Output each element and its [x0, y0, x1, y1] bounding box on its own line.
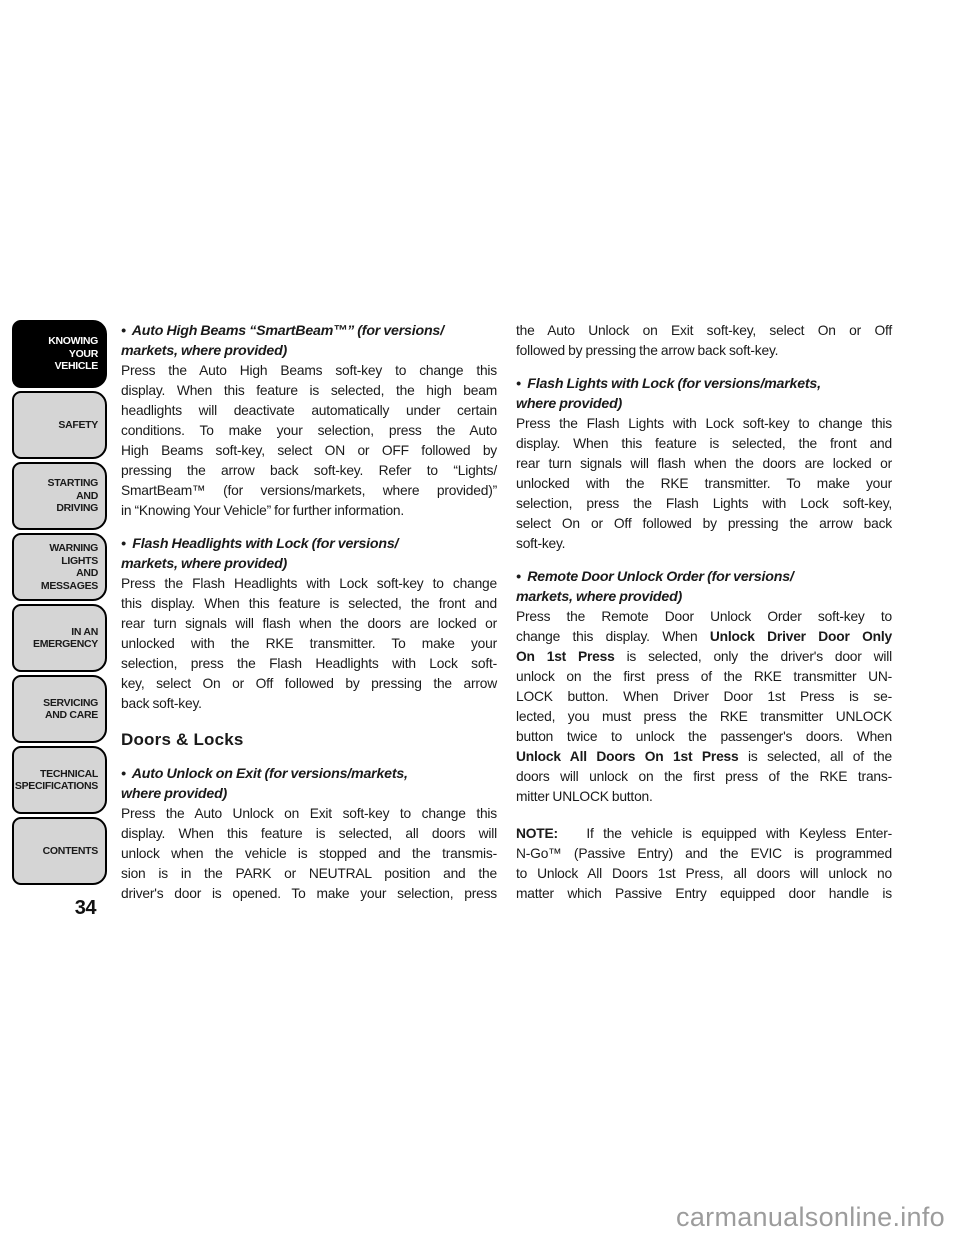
sidebar-tab-label-line: LIGHTS [61, 555, 98, 568]
paragraph: Press the Remote Door Unlock Order soft-… [516, 607, 892, 807]
text-line: unlock when the vehicle is stopped and t… [121, 844, 497, 864]
text-line: rear turn signals will flash when the do… [516, 454, 892, 474]
text-line: unlocked with the RKE transmitter. To ma… [516, 474, 892, 494]
text-line: where provided) [516, 394, 892, 414]
left-column: • Auto High Beams “SmartBeam™” (for vers… [121, 321, 497, 904]
paragraph: Press the Flash Headlights with Lock sof… [121, 574, 497, 714]
sidebar-tab-label-line: STARTING [48, 477, 99, 490]
text-line: sion is in the PARK or NEUTRAL position … [121, 864, 497, 884]
text-line: followed by pressing the arrow back soft… [516, 341, 892, 361]
sidebar-tab-label-line: KNOWING [48, 335, 98, 348]
text-line: the Auto Unlock on Exit soft-key, select… [516, 321, 892, 341]
sidebar-tab-label-line: IN AN [71, 626, 98, 639]
sidebar-tab-label-line: AND [76, 490, 98, 503]
paragraph: Press the Auto High Beams soft-key to ch… [121, 361, 497, 521]
text-line: unlocked with the RKE transmitter. To ma… [121, 634, 497, 654]
text-line: unlock on the first press of the RKE tra… [516, 667, 892, 687]
text-line: back soft-key. [121, 694, 497, 714]
paragraph: Press the Flash Lights with Lock soft-ke… [516, 414, 892, 554]
text-line: • Flash Lights with Lock (for versions/m… [516, 374, 892, 394]
sidebar-tab-servicing-and-care[interactable]: SERVICINGAND CARE [12, 675, 107, 743]
text-line: to Unlock All Doors 1st Press, all doors… [516, 864, 892, 884]
text-line: N-Go™ (Passive Entry) and the EVIC is pr… [516, 844, 892, 864]
sidebar-tab-in-an-emergency[interactable]: IN ANEMERGENCY [12, 604, 107, 672]
sidebar-tab-label-line: TECHNICAL [40, 768, 98, 781]
text-line: in “Knowing Your Vehicle” for further in… [121, 501, 497, 521]
bold-text: NOTE: [516, 826, 558, 841]
text-line: change this display. When Unlock Driver … [516, 627, 892, 647]
text-line: select On or Off followed by pressing th… [516, 514, 892, 534]
sidebar-tab-label-line: VEHICLE [55, 360, 98, 373]
sidebar-tab-label-line: SAFETY [58, 419, 98, 432]
text-line: display. When this feature is selected, … [516, 434, 892, 454]
bullet-heading: • Remote Door Unlock Order (for versions… [516, 567, 892, 607]
sidebar-nav: KNOWINGYOURVEHICLESAFETYSTARTINGANDDRIVI… [12, 320, 107, 888]
sidebar-tab-technical-specifications[interactable]: TECHNICALSPECIFICATIONS [12, 746, 107, 814]
text-line: display. When this feature is selected, … [121, 381, 497, 401]
section-heading: Doors & Locks [121, 729, 497, 751]
sidebar-tab-label-line: SERVICING [43, 697, 98, 710]
text-line: • Flash Headlights with Lock (for versio… [121, 534, 497, 554]
text-line: key, select On or Off followed by pressi… [121, 674, 497, 694]
sidebar-tab-label-line: AND CARE [45, 709, 98, 722]
text-line: conditions. To make your selection, pres… [121, 421, 497, 441]
sidebar-tab-label-line: WARNING [49, 542, 98, 555]
sidebar-tab-label-line: SPECIFICATIONS [15, 780, 98, 793]
bold-text: Unlock All Doors On 1st Press [516, 749, 739, 764]
text: If the vehicle is equipped with Keyless … [558, 826, 892, 841]
sidebar-tab-starting-and-driving[interactable]: STARTINGANDDRIVING [12, 462, 107, 530]
bullet-heading: • Auto Unlock on Exit (for versions/mark… [121, 764, 497, 804]
text-line: selection, press the Flash Lights with L… [516, 494, 892, 514]
text-line: Press the Remote Door Unlock Order soft-… [516, 607, 892, 627]
sidebar-tab-label-line: YOUR [69, 348, 98, 361]
text-line: button twice to unlock the passenger's d… [516, 727, 892, 747]
sidebar-tab-label-line: AND [76, 567, 98, 580]
text-line: driver's door is opened. To make your se… [121, 884, 497, 904]
text: is selected, only the driver's door will [615, 649, 892, 664]
sidebar-tab-safety[interactable]: SAFETY [12, 391, 107, 459]
text-line: LOCK button. When Driver Door 1st Press … [516, 687, 892, 707]
sidebar-tab-label-line: DRIVING [56, 502, 98, 515]
page-number: 34 [12, 897, 96, 920]
text-line: display. When this feature is selected, … [121, 824, 497, 844]
text-line: Press the Auto High Beams soft-key to ch… [121, 361, 497, 381]
text-line: rear turn signals will flash when the do… [121, 614, 497, 634]
paragraph: Press the Auto Unlock on Exit soft-key t… [121, 804, 497, 904]
bullet-heading: • Flash Headlights with Lock (for versio… [121, 534, 497, 574]
sidebar-tab-knowing-your-vehicle[interactable]: KNOWINGYOURVEHICLE [12, 320, 107, 388]
text-line: soft-key. [516, 534, 892, 554]
sidebar-tab-contents[interactable]: CONTENTS [12, 817, 107, 885]
text-line: On 1st Press is selected, only the drive… [516, 647, 892, 667]
sidebar-tab-label-line: EMERGENCY [33, 638, 98, 651]
text-line: markets, where provided) [516, 587, 892, 607]
text-line: Press the Flash Lights with Lock soft-ke… [516, 414, 892, 434]
bold-text: On 1st Press [516, 649, 615, 664]
text-line: Press the Auto Unlock on Exit soft-key t… [121, 804, 497, 824]
text-line: • Auto High Beams “SmartBeam™” (for vers… [121, 321, 497, 341]
text-line: where provided) [121, 784, 497, 804]
sidebar-tab-warning-lights-and-messages[interactable]: WARNINGLIGHTSANDMESSAGES [12, 533, 107, 601]
text-line: doors will unlock on the first press of … [516, 767, 892, 787]
text-line: SmartBeam™ (for versions/markets, where … [121, 481, 497, 501]
text-line: Press the Flash Headlights with Lock sof… [121, 574, 497, 594]
text-line: • Remote Door Unlock Order (for versions… [516, 567, 892, 587]
text-line: NOTE: If the vehicle is equipped with Ke… [516, 824, 892, 844]
right-column: the Auto Unlock on Exit soft-key, select… [516, 321, 892, 904]
text-line: mitter UNLOCK button. [516, 787, 892, 807]
bold-text: Unlock Driver Door Only [710, 629, 892, 644]
sidebar-tab-label-line: MESSAGES [41, 580, 98, 593]
text-line: Unlock All Doors On 1st Press is selecte… [516, 747, 892, 767]
paragraph: the Auto Unlock on Exit soft-key, select… [516, 321, 892, 361]
sidebar-tab-label-line: CONTENTS [43, 845, 98, 858]
text: change this display. When [516, 629, 710, 644]
text-line: this display. When this feature is selec… [121, 594, 497, 614]
bullet-heading: • Flash Lights with Lock (for versions/m… [516, 374, 892, 414]
note-paragraph: NOTE: If the vehicle is equipped with Ke… [516, 824, 892, 904]
text-line: matter which Passive Entry equipped door… [516, 884, 892, 904]
watermark: carmanualsonline.info [676, 1202, 945, 1233]
text-line: markets, where provided) [121, 341, 497, 361]
text: is selected, all of the [739, 749, 893, 764]
text-line: selection, press the Flash Headlights wi… [121, 654, 497, 674]
bullet-heading: • Auto High Beams “SmartBeam™” (for vers… [121, 321, 497, 361]
text-line: headlights will deactivate automatically… [121, 401, 497, 421]
text-line: pressing the arrow back soft-key. Refer … [121, 461, 497, 481]
text-line: • Auto Unlock on Exit (for versions/mark… [121, 764, 497, 784]
text-line: lected, you must press the RKE transmitt… [516, 707, 892, 727]
text-line: markets, where provided) [121, 554, 497, 574]
text-line: High Beams soft-key, select ON or OFF fo… [121, 441, 497, 461]
